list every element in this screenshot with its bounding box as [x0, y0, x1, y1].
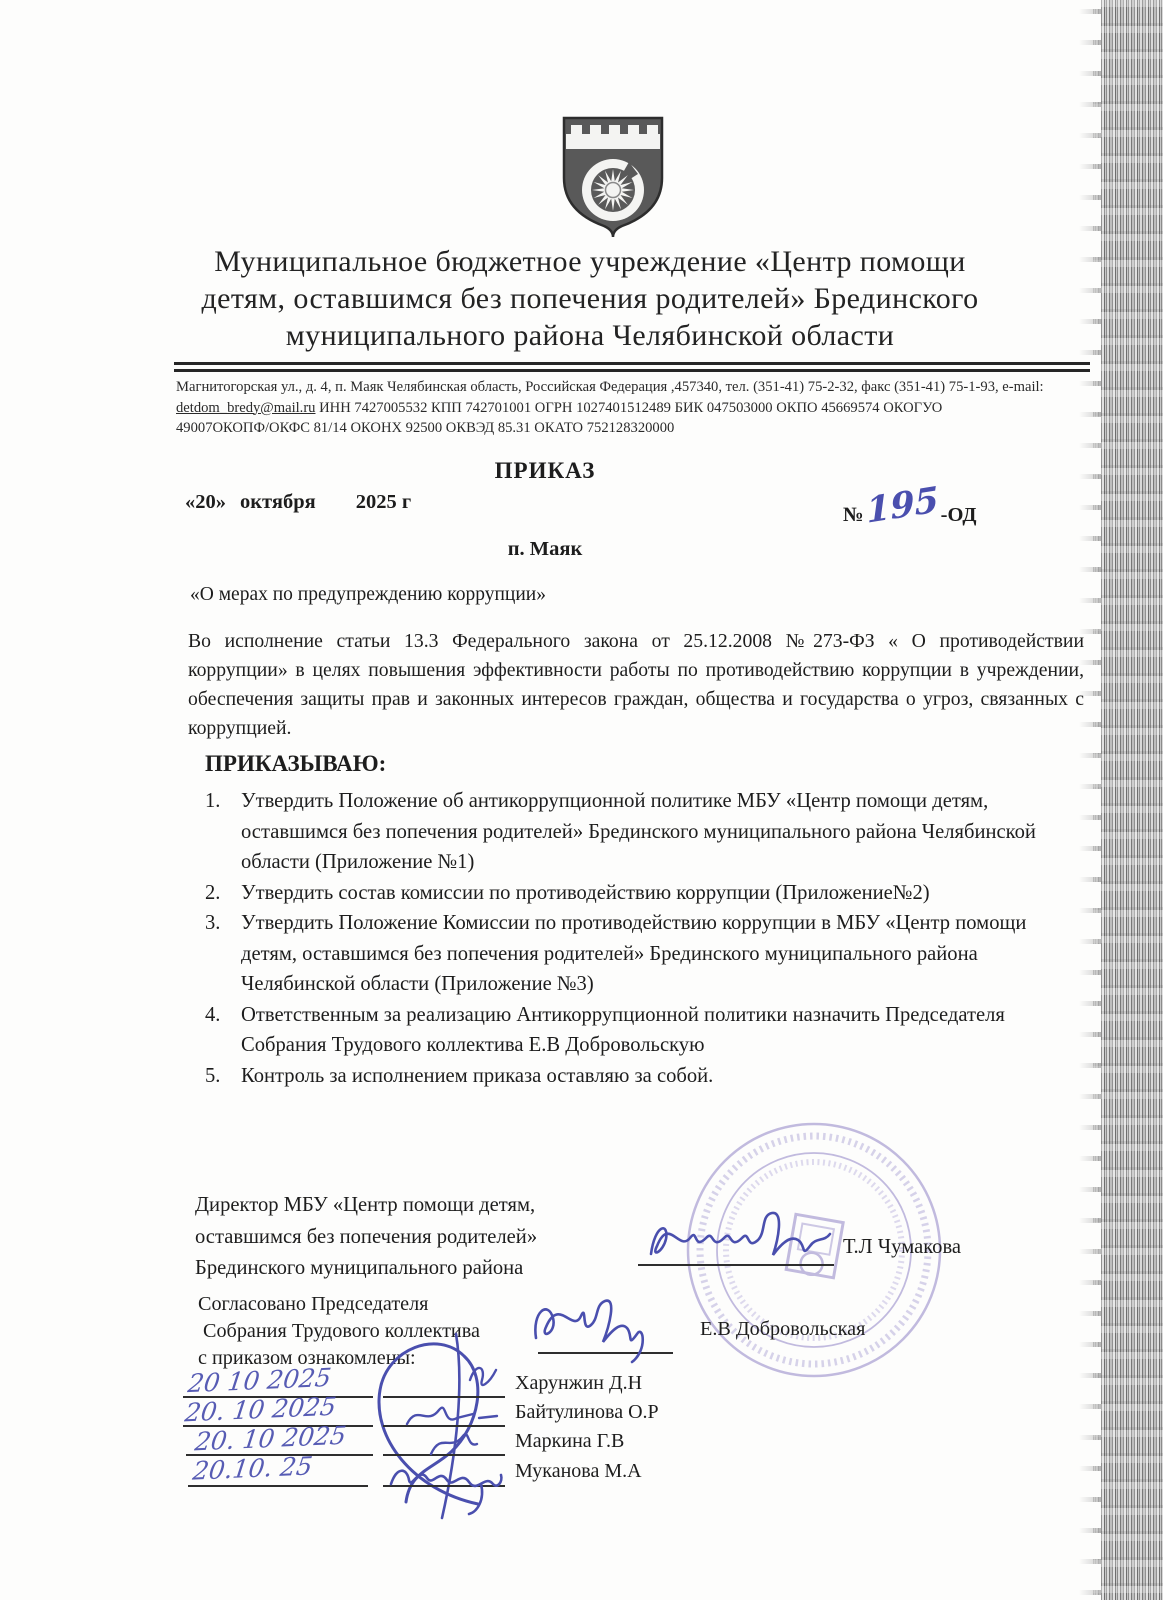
org-title-line: муниципального района Челябинской област…: [120, 317, 1060, 354]
org-title-line: детям, оставшимся без попечения родителе…: [120, 280, 1060, 317]
org-title-line: Муниципальное бюджетное учреждение «Цент…: [120, 243, 1060, 280]
contact-line: 49007ОКОПФ/ОКФС 81/14 ОКОНХ 92500 ОКВЭД …: [176, 418, 1078, 439]
resolution-list: 1. Утвердить Положение об антикоррупцион…: [205, 786, 1087, 1091]
item-number: 2.: [205, 878, 241, 909]
contact-line: Магнитогорская ул., д. 4, п. Маяк Челяби…: [176, 377, 1078, 398]
item-number: 5.: [205, 1061, 241, 1092]
contact-line-rest: ИНН 7427005532 КПП 742701001 ОГРН 102740…: [315, 400, 942, 416]
ack-signature-scribble: [385, 1456, 515, 1516]
director-title-line: оставшимся без попечения родителей»: [195, 1222, 665, 1254]
order-number: №195-ОД: [843, 489, 977, 530]
item-text: Утвердить Положение Комиссии по противод…: [241, 908, 1087, 1000]
number-sign: №: [843, 504, 864, 526]
order-place: п. Маяк: [0, 538, 1090, 561]
director-title: Директор МБУ «Центр помощи детям, оставш…: [195, 1190, 665, 1285]
director-name: Т.Л Чумакова: [843, 1236, 961, 1259]
scanned-order-document: Муниципальное бюджетное учреждение «Цент…: [0, 0, 1163, 1600]
item-text: Контроль за исполнением приказа оставляю…: [241, 1061, 1087, 1092]
acknowledgement-rows: 20 10 2025 Харунжин Д.Н 20. 10 2025 Байт…: [183, 1372, 743, 1502]
email-text: detdom_bredy@mail.ru: [176, 400, 315, 416]
item-number: 4.: [205, 1000, 241, 1061]
item-number: 3.: [205, 908, 241, 1000]
list-item: 1. Утвердить Положение об антикоррупцион…: [205, 786, 1087, 878]
handwritten-order-number: 195: [865, 479, 939, 532]
ack-name: Муканова М.А: [505, 1460, 642, 1483]
agreed-label-line: Согласовано Председателя: [198, 1293, 428, 1316]
item-text: Ответственным за реализацию Антикоррупци…: [241, 1000, 1087, 1061]
ack-name: Маркина Г.В: [505, 1430, 624, 1453]
ack-name: Байтулинова О.Р: [505, 1401, 659, 1424]
order-subject: «О мерах по предупреждению коррупции»: [190, 584, 546, 606]
ack-signature-scribble: [401, 1400, 511, 1430]
agreed-signature-scribble: [528, 1292, 678, 1372]
agreed-name: Е.В Добровольская: [700, 1318, 865, 1341]
list-item: 5. Контроль за исполнением приказа остав…: [205, 1061, 1087, 1092]
org-contacts: Магнитогорская ул., д. 4, п. Маяк Челяби…: [176, 377, 1078, 439]
order-preamble: Во исполнение статьи 13.3 Федерального з…: [188, 627, 1084, 743]
order-date-month: октября: [240, 491, 316, 513]
ack-name: Харунжин Д.Н: [505, 1372, 642, 1395]
ack-date-line: [188, 1485, 368, 1487]
number-suffix: -ОД: [941, 504, 977, 526]
org-title: Муниципальное бюджетное учреждение «Цент…: [120, 243, 1060, 354]
director-signature-scribble: [645, 1206, 845, 1270]
item-text: Утвердить состав комиссии по противодейс…: [241, 878, 1087, 909]
item-text: Утвердить Положение об антикоррупционной…: [241, 786, 1087, 878]
item-number: 1.: [205, 786, 241, 878]
scan-edge-artifact: [1093, 0, 1163, 1600]
list-item: 2. Утвердить состав комиссии по противод…: [205, 878, 1087, 909]
director-title-line: Брединского муниципального района: [195, 1253, 665, 1285]
order-date-day: «20»: [185, 491, 226, 513]
order-date: «20»октября2025 г: [185, 491, 411, 514]
list-item: 3. Утвердить Положение Комиссии по проти…: [205, 908, 1087, 1000]
header-separator: [174, 362, 1090, 372]
contact-line: detdom_bredy@mail.ru ИНН 7427005532 КПП …: [176, 398, 1078, 419]
resolution-heading: ПРИКАЗЫВАЮ:: [205, 751, 386, 777]
coat-of-arms-icon: [556, 112, 670, 238]
ack-date-handwritten: 20 10 2025: [188, 1366, 331, 1395]
ack-date-handwritten: 20.10. 25: [193, 1454, 312, 1483]
ack-date-handwritten: 20. 10 2025: [185, 1395, 336, 1424]
order-date-year: 2025 г: [356, 491, 411, 513]
ack-signature-scribble: [421, 1428, 501, 1458]
list-item: 4. Ответственным за реализацию Антикорру…: [205, 1000, 1087, 1061]
ack-date-handwritten: 20. 10 2025: [195, 1424, 346, 1453]
ack-signature-line: [383, 1396, 505, 1398]
director-title-line: Директор МБУ «Центр помощи детям,: [195, 1190, 665, 1222]
